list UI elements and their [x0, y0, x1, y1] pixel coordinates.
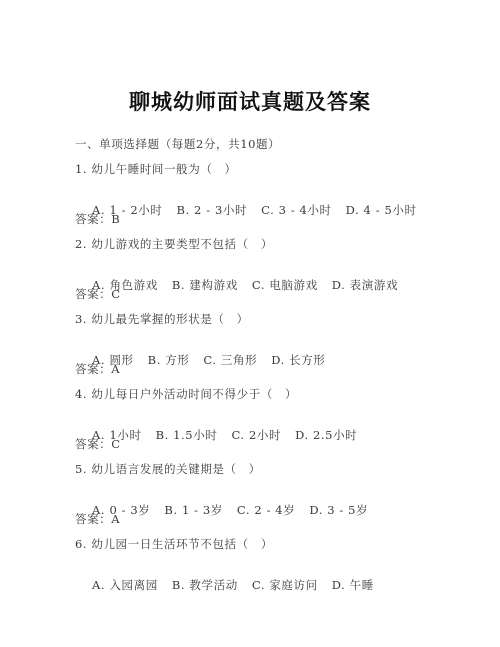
answer-3: 答案：A [75, 361, 120, 377]
option-d: D. 4 - 5小时 [346, 202, 417, 218]
answer-5: 答案：A [75, 511, 120, 527]
option-c: C. 三角形 [203, 352, 257, 368]
option-d: D. 3 - 5岁 [309, 502, 368, 518]
option-b: B. 2 - 3小时 [176, 202, 247, 218]
option-b: B. 1 - 3岁 [164, 502, 223, 518]
option-a: A. 入园离园 [92, 577, 158, 593]
option-c: C. 2小时 [231, 427, 281, 443]
options-5: A. 0 - 3岁B. 1 - 3岁C. 2 - 4岁D. 3 - 5岁 [75, 486, 382, 534]
question-3: 3. 幼儿最先掌握的形状是（ ） [75, 311, 249, 327]
question-5: 5. 幼儿语言发展的关键期是（ ） [75, 461, 261, 477]
options-6: A. 入园离园B. 教学活动C. 家庭访问D. 午睡 [75, 561, 388, 609]
document-title: 聊城幼师面试真题及答案 [0, 86, 500, 116]
option-c: C. 3 - 4小时 [261, 202, 332, 218]
option-c: C. 家庭访问 [252, 577, 318, 593]
answer-1: 答案：B [75, 211, 120, 227]
option-d: D. 长方形 [271, 352, 325, 368]
option-b: B. 教学活动 [172, 577, 238, 593]
document-page: 聊城幼师面试真题及答案 一、单项选择题（每题2分，共10题） 1. 幼儿午睡时间… [0, 0, 500, 647]
options-1: A. 1 - 2小时B. 2 - 3小时C. 3 - 4小时D. 4 - 5小时 [75, 186, 431, 234]
question-4: 4. 幼儿每日户外活动时间不得少于（ ） [75, 386, 297, 402]
option-d: D. 表演游戏 [332, 277, 398, 293]
answer-4: 答案：C [75, 436, 121, 452]
question-1: 1. 幼儿午睡时间一般为（ ） [75, 161, 237, 177]
option-b: B. 1.5小时 [156, 427, 218, 443]
question-2: 2. 幼儿游戏的主要类型不包括（ ） [75, 236, 273, 252]
option-d: D. 2.5小时 [295, 427, 357, 443]
option-b: B. 方形 [148, 352, 190, 368]
section-heading: 一、单项选择题（每题2分，共10题） [75, 136, 280, 152]
options-2: A. 角色游戏B. 建构游戏C. 电脑游戏D. 表演游戏 [75, 261, 412, 309]
option-d: D. 午睡 [332, 577, 374, 593]
option-b: B. 建构游戏 [172, 277, 238, 293]
answer-2: 答案：C [75, 286, 121, 302]
option-c: C. 2 - 4岁 [237, 502, 295, 518]
option-c: C. 电脑游戏 [252, 277, 318, 293]
question-6: 6. 幼儿园一日生活环节不包括（ ） [75, 536, 273, 552]
